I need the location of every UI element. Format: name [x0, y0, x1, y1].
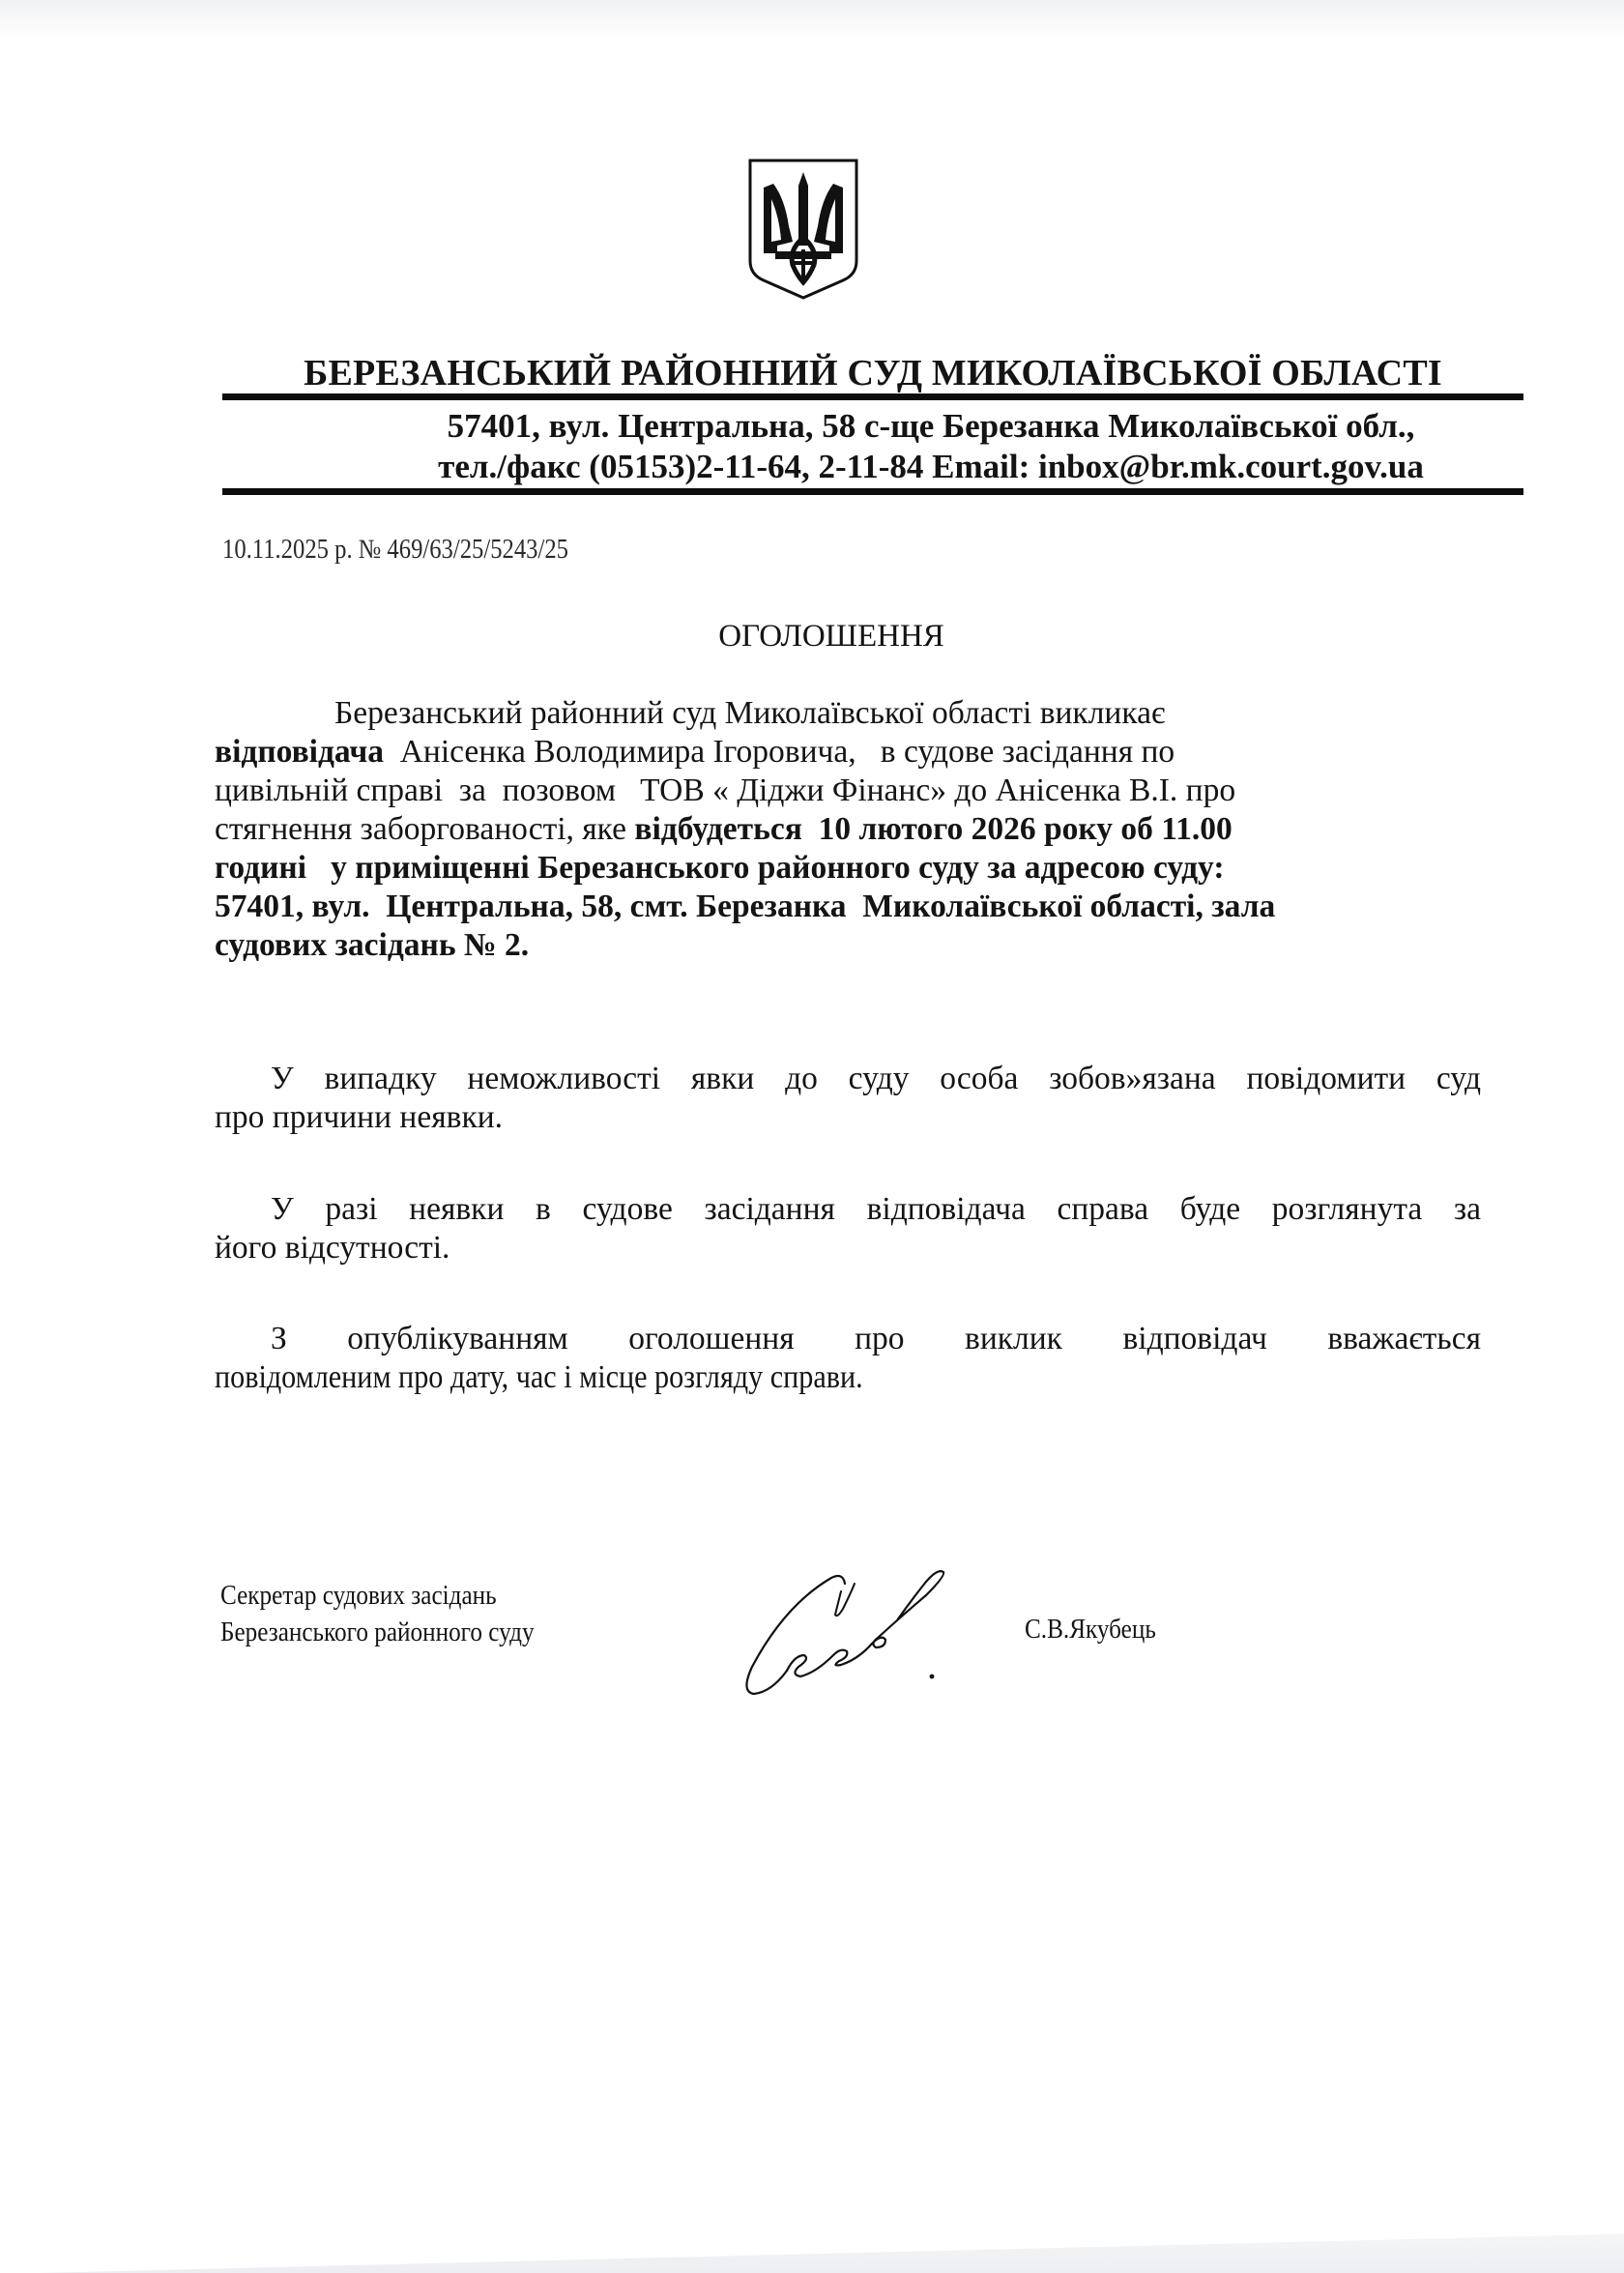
signatory-position: Секретар судових засідань Березанського … [220, 1578, 535, 1651]
document-reference: 10.11.2025 р. № 469/63/25/5243/25 [222, 535, 568, 566]
notice-paragraph-absence: У випадку неможливості явки до суду особ… [215, 1060, 1481, 1137]
paragraph-line: У випадку неможливості явки до суду особ… [215, 1060, 1481, 1098]
notice-title: ОГОЛОШЕННЯ [0, 619, 1624, 655]
hearing-room: судових засідань № 2. [215, 926, 1481, 965]
scan-shadow-bottom [39, 2186, 1624, 2273]
hearing-address: 57401, вул. Центральна, 58, смт. Березан… [215, 888, 1481, 926]
notice-paragraph-summons: Березанський районний суд Миколаївської … [215, 694, 1481, 965]
paragraph-line: Березанський районний суд Миколаївської … [215, 694, 1481, 733]
paragraph-line: З опублікуванням оголошення про виклик в… [215, 1320, 1481, 1358]
paragraph-line: відповідача Анісенка Володимира Ігорович… [215, 733, 1481, 772]
notice-paragraph-publication: З опублікуванням оголошення про виклик в… [215, 1320, 1481, 1397]
signatory-position-line: Секретар судових засідань [220, 1578, 535, 1615]
paragraph-line: про причини неявки. [215, 1098, 1481, 1137]
paragraph-line: його відсутності. [215, 1229, 1481, 1268]
hearing-location: годині у приміщенні Березанського районн… [215, 849, 1481, 888]
court-name-heading: БЕРЕЗАНСЬКИЙ РАЙОННИЙ СУД МИКОЛАЇВСЬКОЇ … [222, 352, 1523, 394]
court-address: 57401, вул. Центральна, 58 с-ще Березанк… [222, 407, 1523, 446]
court-contacts: тел./факс (05153)2-11-64, 2-11-84 Email:… [222, 448, 1523, 486]
paragraph-text: стягнення заборгованості, яке [215, 811, 634, 847]
trident-emblem-icon [746, 157, 860, 302]
letterhead-rule-top [222, 393, 1523, 400]
signatory-name: С.В.Якубець [1025, 1615, 1156, 1646]
notice-paragraph-default: У разі неявки в судове засідання відпові… [215, 1190, 1481, 1268]
respondent-name: Анісенка Володимира Ігоровича, в судове … [384, 734, 1174, 770]
respondent-label: відповідача [215, 734, 384, 770]
handwritten-signature-icon [727, 1547, 998, 1702]
paragraph-line: цивільній справі за позовом ТОВ « Діджи … [215, 772, 1481, 810]
signatory-position-line: Березанського районного суду [220, 1615, 535, 1651]
paragraph-line: повідомленим про дату, час і місце розгл… [215, 1358, 1481, 1397]
letterhead-rule-bottom [222, 488, 1523, 495]
scan-shadow-top [0, 0, 1624, 39]
hearing-date: відбудеться 10 лютого 2026 року об 11.00 [634, 811, 1232, 847]
paragraph-line: У разі неявки в судове засідання відпові… [215, 1190, 1481, 1229]
paragraph-line: стягнення заборгованості, яке відбудетьс… [215, 810, 1481, 849]
paragraph-text: повідомленим про дату, час і місце розгл… [215, 1358, 863, 1397]
